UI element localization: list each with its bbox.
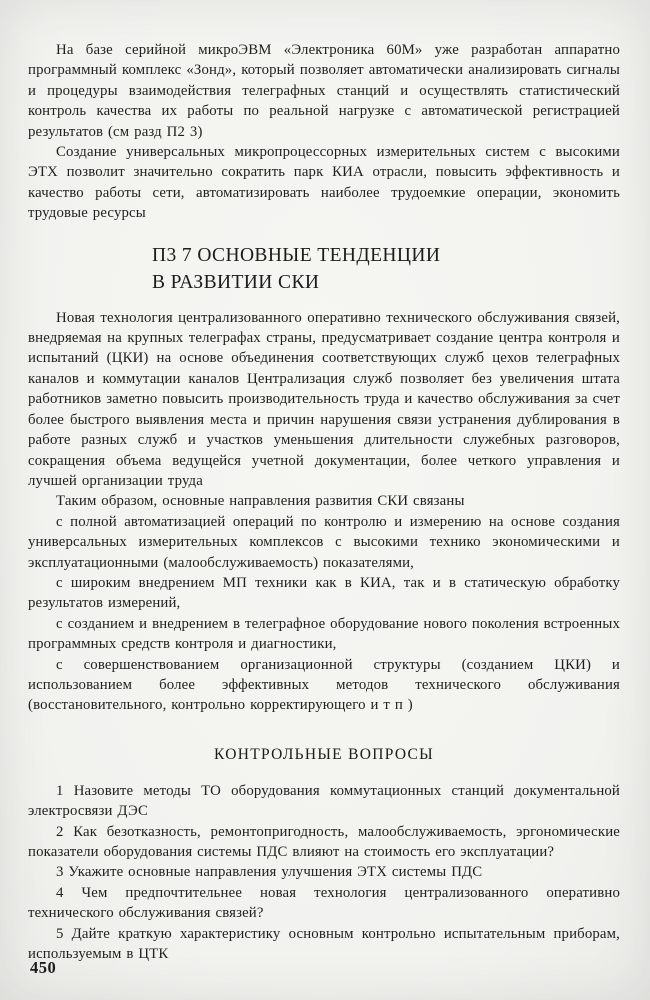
- scanned-book-page: На базе серийной микроЭВМ «Электроника 6…: [0, 0, 650, 1000]
- section-paragraph: Новая технология централизованного опера…: [28, 308, 620, 492]
- question-item: 2 Как безотказность, ремонтопригодность,…: [28, 822, 620, 863]
- questions-heading: КОНТРОЛЬНЫЕ ВОПРОСЫ: [28, 744, 620, 765]
- page-text-block: На базе серийной микроЭВМ «Электроника 6…: [28, 40, 620, 964]
- question-item: 5 Дайте краткую характеристику основным …: [28, 924, 620, 965]
- section-paragraph: с совершенствованием организационной стр…: [28, 655, 620, 716]
- intro-paragraph: Создание универсальных микропроцессорных…: [28, 142, 620, 224]
- question-item: 1 Назовите методы ТО оборудования коммут…: [28, 781, 620, 822]
- section-heading: П3 7 ОСНОВНЫЕ ТЕНДЕНЦИИ В РАЗВИТИИ СКИ: [152, 242, 620, 296]
- section-paragraph: с широким внедрением МП техники как в КИ…: [28, 573, 620, 614]
- question-item: 4 Чем предпочтительнее новая технология …: [28, 883, 620, 924]
- page-number: 450: [30, 958, 56, 978]
- section-paragraph: с созданием и внедрением в телеграфное о…: [28, 614, 620, 655]
- section-heading-line-1: П3 7 ОСНОВНЫЕ ТЕНДЕНЦИИ: [152, 242, 620, 269]
- section-paragraph: с полной автоматизацией операций по конт…: [28, 512, 620, 573]
- question-item: 3 Укажите основные направления улучшения…: [28, 862, 620, 882]
- section-paragraph: Таким образом, основные направления разв…: [28, 491, 620, 511]
- intro-paragraph: На базе серийной микроЭВМ «Электроника 6…: [28, 40, 620, 142]
- section-heading-line-2: В РАЗВИТИИ СКИ: [152, 269, 620, 296]
